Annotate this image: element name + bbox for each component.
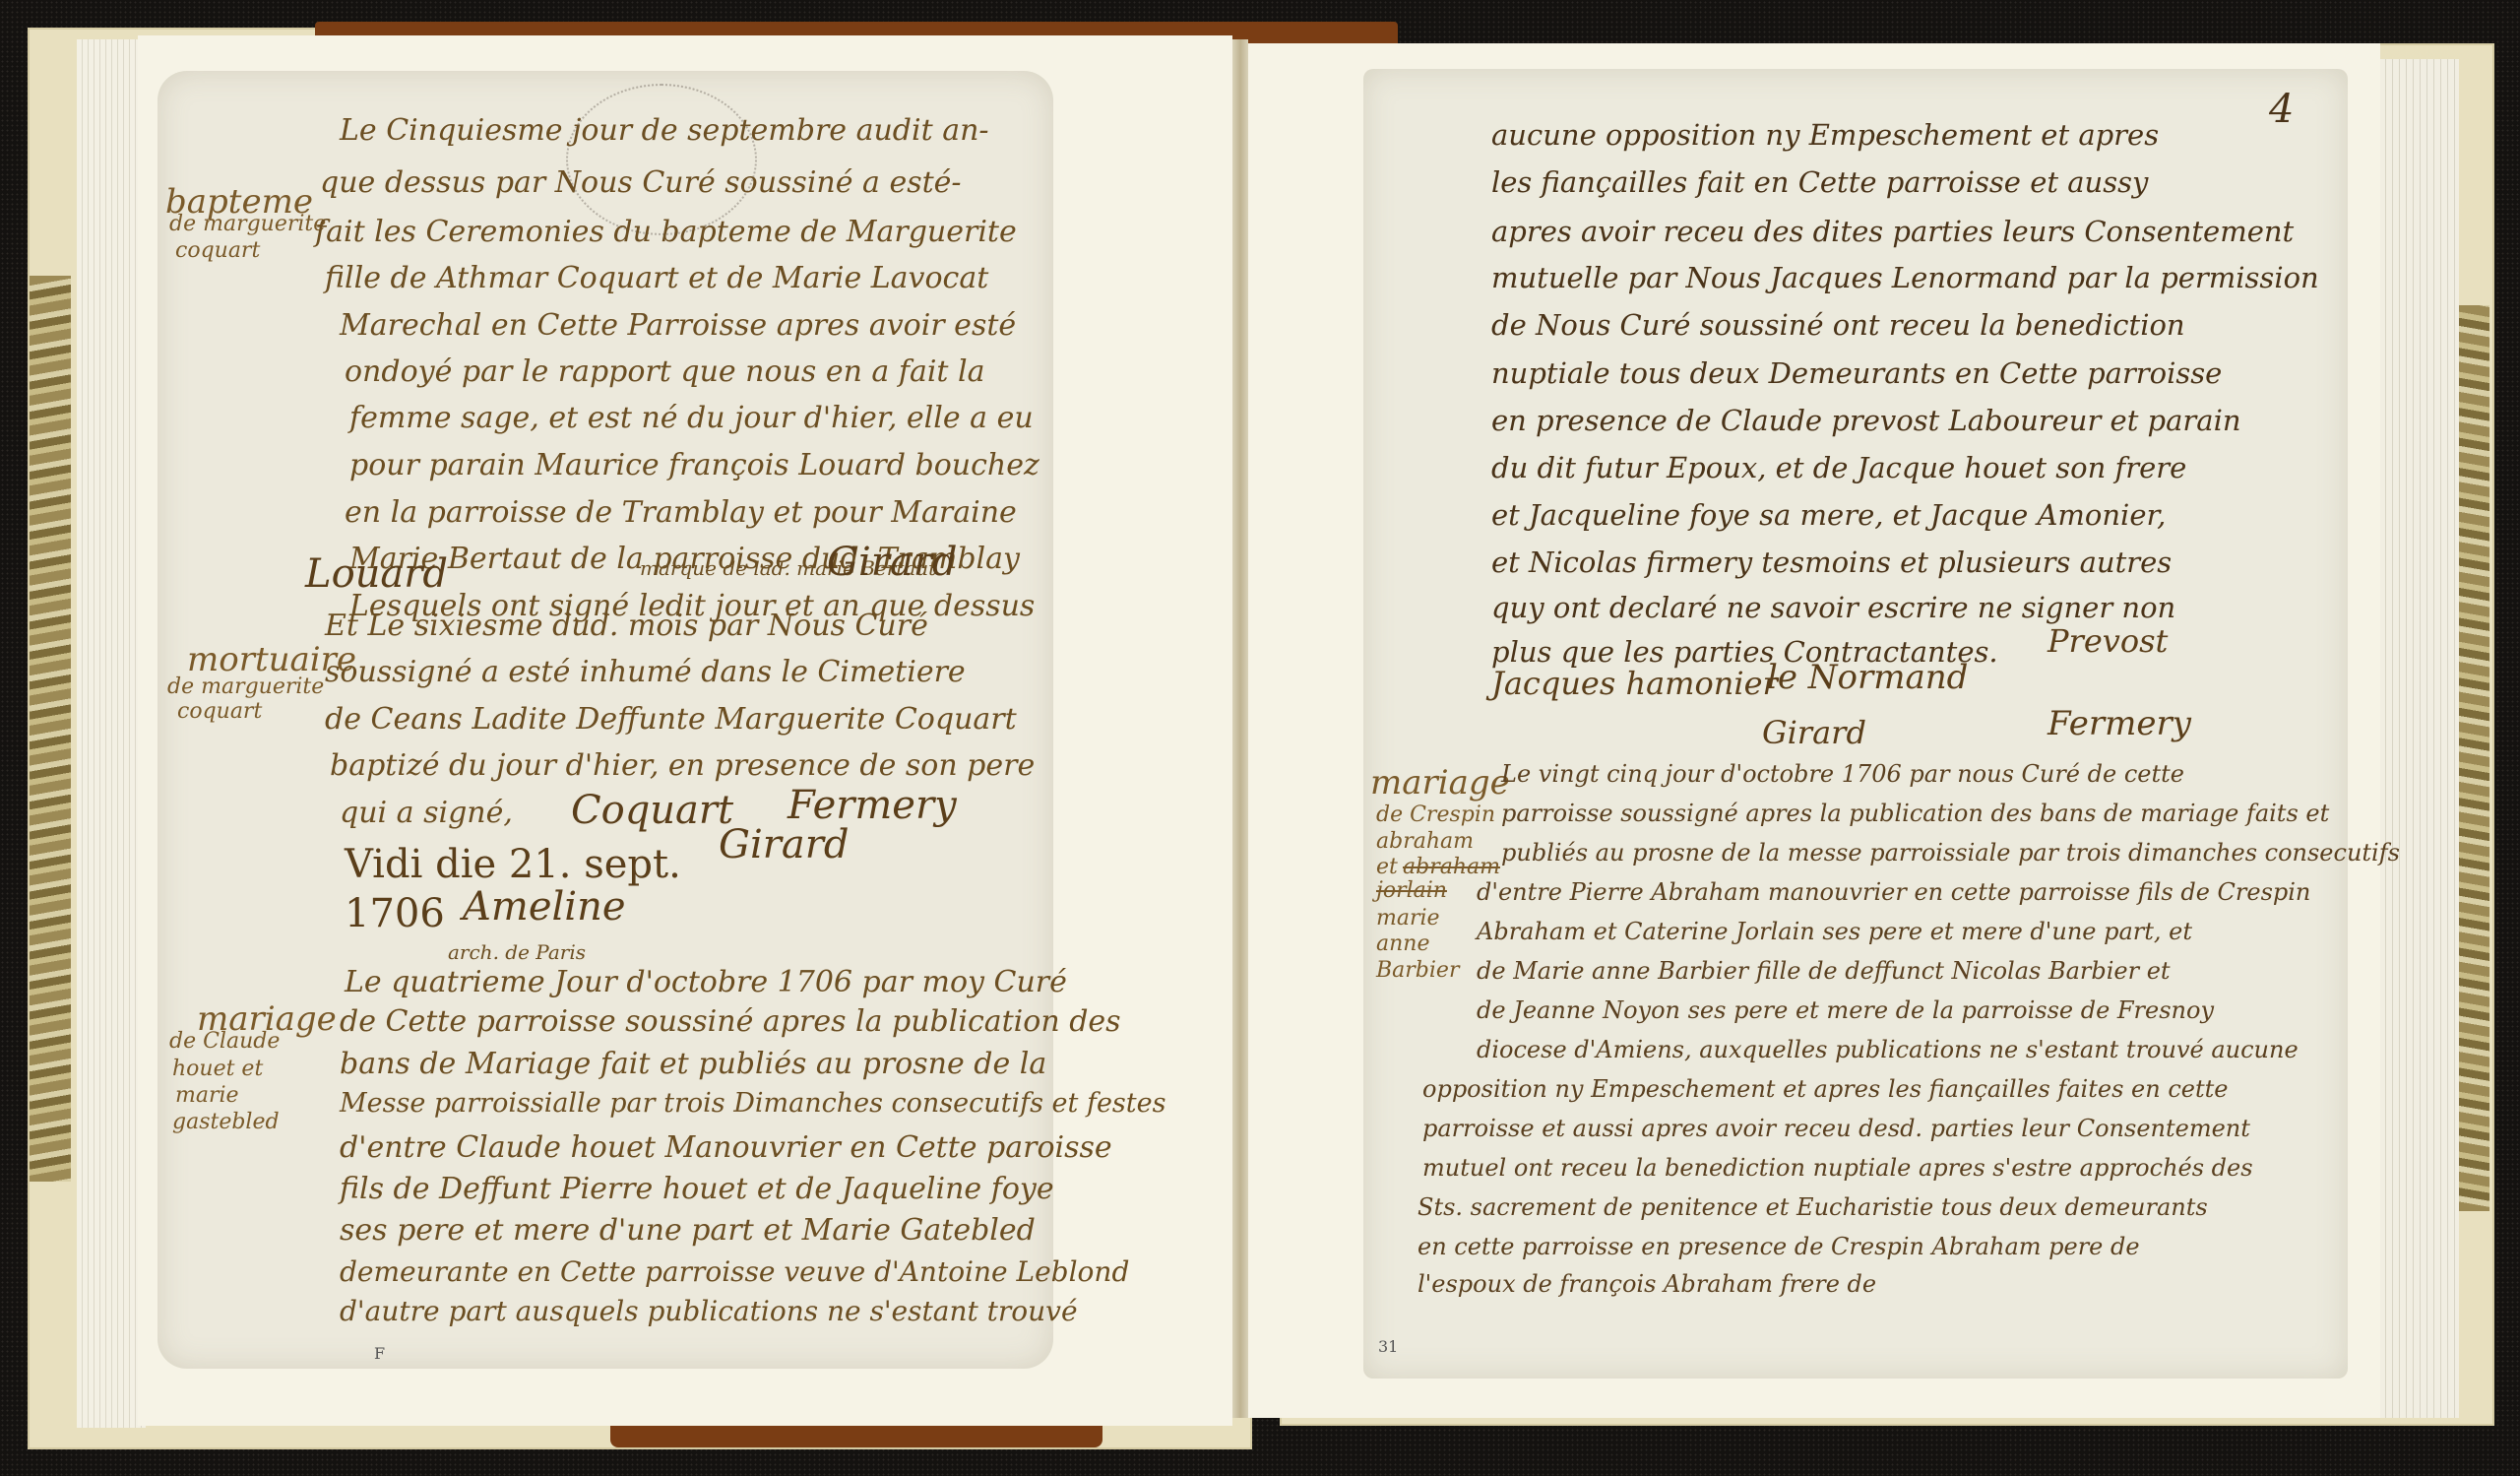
text-line: de Ceans Ladite Deffunte Marguerite Coqu… — [325, 702, 1017, 737]
margin-note: houet et — [172, 1057, 263, 1081]
page-edges-right — [2372, 59, 2459, 1418]
text-line: pour parain Maurice françois Louard bouc… — [349, 448, 1039, 482]
text-line: apres avoir receu des dites parties leur… — [1491, 215, 2294, 248]
text-line: du dit futur Epoux, et de Jacque houet s… — [1491, 451, 2186, 484]
text-line: mutuel ont receu la benediction nuptiale… — [1422, 1154, 2253, 1182]
text-line: soussigné a esté inhumé dans le Cimetier… — [325, 655, 966, 689]
text-line: Abraham et Caterine Jorlain ses pere et … — [1477, 918, 2192, 945]
foot-mark: F — [374, 1344, 385, 1363]
margin-note: de marguerite — [169, 212, 326, 236]
visa-date: Vidi die 21. sept. — [345, 842, 681, 887]
archive-stamp — [566, 84, 757, 235]
text-line: Messe parroissialle par trois Dimanches … — [340, 1088, 1165, 1119]
book-gutter — [1232, 39, 1248, 1418]
signature: Prevost — [2047, 622, 2168, 660]
margin-note: marie — [175, 1083, 239, 1108]
text-line: de Jeanne Noyon ses pere et mere de la p… — [1477, 996, 2214, 1024]
text-line: opposition ny Empeschement et apres les … — [1422, 1075, 2228, 1103]
signature: le Normand — [1767, 658, 1968, 697]
margin-note: de marguerite — [167, 674, 324, 699]
margin-note: abraham — [1376, 829, 1474, 854]
text-line: qui a signé, — [340, 796, 513, 830]
margin-struck-note: abraham — [1403, 855, 1500, 879]
text-line: en presence de Claude prevost Laboureur … — [1491, 404, 2241, 437]
margin-note: anne — [1376, 931, 1429, 956]
text-line: bans de Mariage fait et publiés au prosn… — [340, 1047, 1046, 1081]
text-line: parroisse soussigné apres la publication… — [1501, 800, 2329, 827]
text-line: demeurante en Cette parroisse veuve d'An… — [340, 1255, 1129, 1288]
text-line: d'entre Claude houet Manouvrier en Cette… — [340, 1130, 1112, 1165]
text-line: baptizé du jour d'hier, en presence de s… — [330, 748, 1035, 783]
folio-mark: 31 — [1378, 1337, 1398, 1356]
text-line: fils de Deffunt Pierre houet et de Jaque… — [340, 1172, 1054, 1206]
text-line: les fiançailles fait en Cette parroisse … — [1491, 165, 2148, 199]
text-line: Et Le sixiesme dud. mois par Nous Curé — [325, 609, 928, 643]
margin-note: gastebled — [172, 1110, 280, 1134]
visa-year: 1706 — [345, 891, 445, 936]
text-line: aucune opposition ny Empeschement et apr… — [1491, 118, 2159, 152]
signature: Girard — [827, 540, 957, 585]
text-line: parroisse et aussi apres avoir receu des… — [1422, 1115, 2250, 1142]
text-line: Le vingt cinq jour d'octobre 1706 par no… — [1501, 760, 2184, 788]
text-line: en cette parroisse en presence de Crespi… — [1417, 1233, 2140, 1260]
text-line: quy ont declaré ne savoir escrire ne sig… — [1491, 591, 2175, 624]
signature: Jacques hamonier — [1491, 665, 1778, 702]
text-line: fait les Ceremonies du bapteme de Margue… — [315, 215, 1017, 249]
text-line: l'espoux de françois Abraham frere de — [1417, 1270, 1876, 1298]
text-line: mutuelle par Nous Jacques Lenormand par … — [1491, 261, 2319, 294]
text-line: ses pere et mere d'une part et Marie Gat… — [340, 1213, 1036, 1248]
margin-note: et — [1376, 855, 1398, 879]
margin-note: coquart — [177, 699, 262, 724]
text-line: en la parroisse de Tramblay et pour Mara… — [345, 495, 1017, 530]
text-line: Le quatrieme Jour d'octobre 1706 par moy… — [345, 965, 1067, 999]
text-line: fille de Athmar Coquart et de Marie Lavo… — [325, 261, 988, 295]
text-line: ondoyé par le rapport que nous en a fait… — [345, 354, 985, 389]
marbled-endpaper-right — [2456, 305, 2489, 1211]
margin-note: de Crespin — [1376, 802, 1495, 827]
visa-signature: Ameline — [463, 884, 626, 930]
text-line: Le Cinquiesme jour de septembre audit an… — [340, 113, 989, 148]
signature: Louard — [305, 551, 448, 597]
marbled-endpaper-left — [30, 276, 71, 1182]
text-line: nuptiale tous deux Demeurants en Cette p… — [1491, 356, 2222, 390]
text-line: femme sage, et est né du jour d'hier, el… — [349, 401, 1034, 435]
text-line: et Nicolas firmery tesmoins et plusieurs… — [1491, 545, 2172, 579]
page-number: 4 — [2269, 87, 2294, 132]
page-edges-left — [77, 39, 146, 1428]
text-line: d'autre part ausquels publications ne s'… — [340, 1295, 1078, 1327]
margin-struck-note: jorlain — [1376, 878, 1447, 903]
text-line: de Marie anne Barbier fille de deffunct … — [1477, 957, 2171, 985]
text-line: Sts. sacrement de penitence et Eucharist… — [1417, 1193, 2208, 1221]
margin-note: marie — [1376, 906, 1440, 931]
signature: Girard — [1762, 714, 1866, 751]
text-line: publiés au prosne de la messe parroissia… — [1501, 839, 2400, 866]
text-line: de Nous Curé soussiné ont receu la bened… — [1491, 308, 2185, 342]
visa-title: arch. de Paris — [448, 940, 586, 964]
signature: Coquart — [571, 788, 733, 833]
signature: Fermery — [2047, 704, 2191, 743]
text-line: Marechal en Cette Parroisse apres avoir … — [340, 308, 1016, 343]
margin-note: de Claude — [169, 1029, 280, 1054]
margin-note: mariage — [1370, 763, 1510, 802]
text-line: d'entre Pierre Abraham manouvrier en cet… — [1477, 878, 2310, 906]
margin-note: Barbier — [1376, 958, 1459, 983]
signature: Girard — [719, 822, 849, 867]
margin-note: coquart — [175, 238, 260, 263]
text-line: diocese d'Amiens, auxquelles publication… — [1477, 1036, 2299, 1063]
text-line: de Cette parroisse soussiné apres la pub… — [340, 1004, 1121, 1039]
text-line: que dessus par Nous Curé soussiné a esté… — [320, 165, 962, 200]
text-line: et Jacqueline foye sa mere, et Jacque Am… — [1491, 498, 2166, 532]
